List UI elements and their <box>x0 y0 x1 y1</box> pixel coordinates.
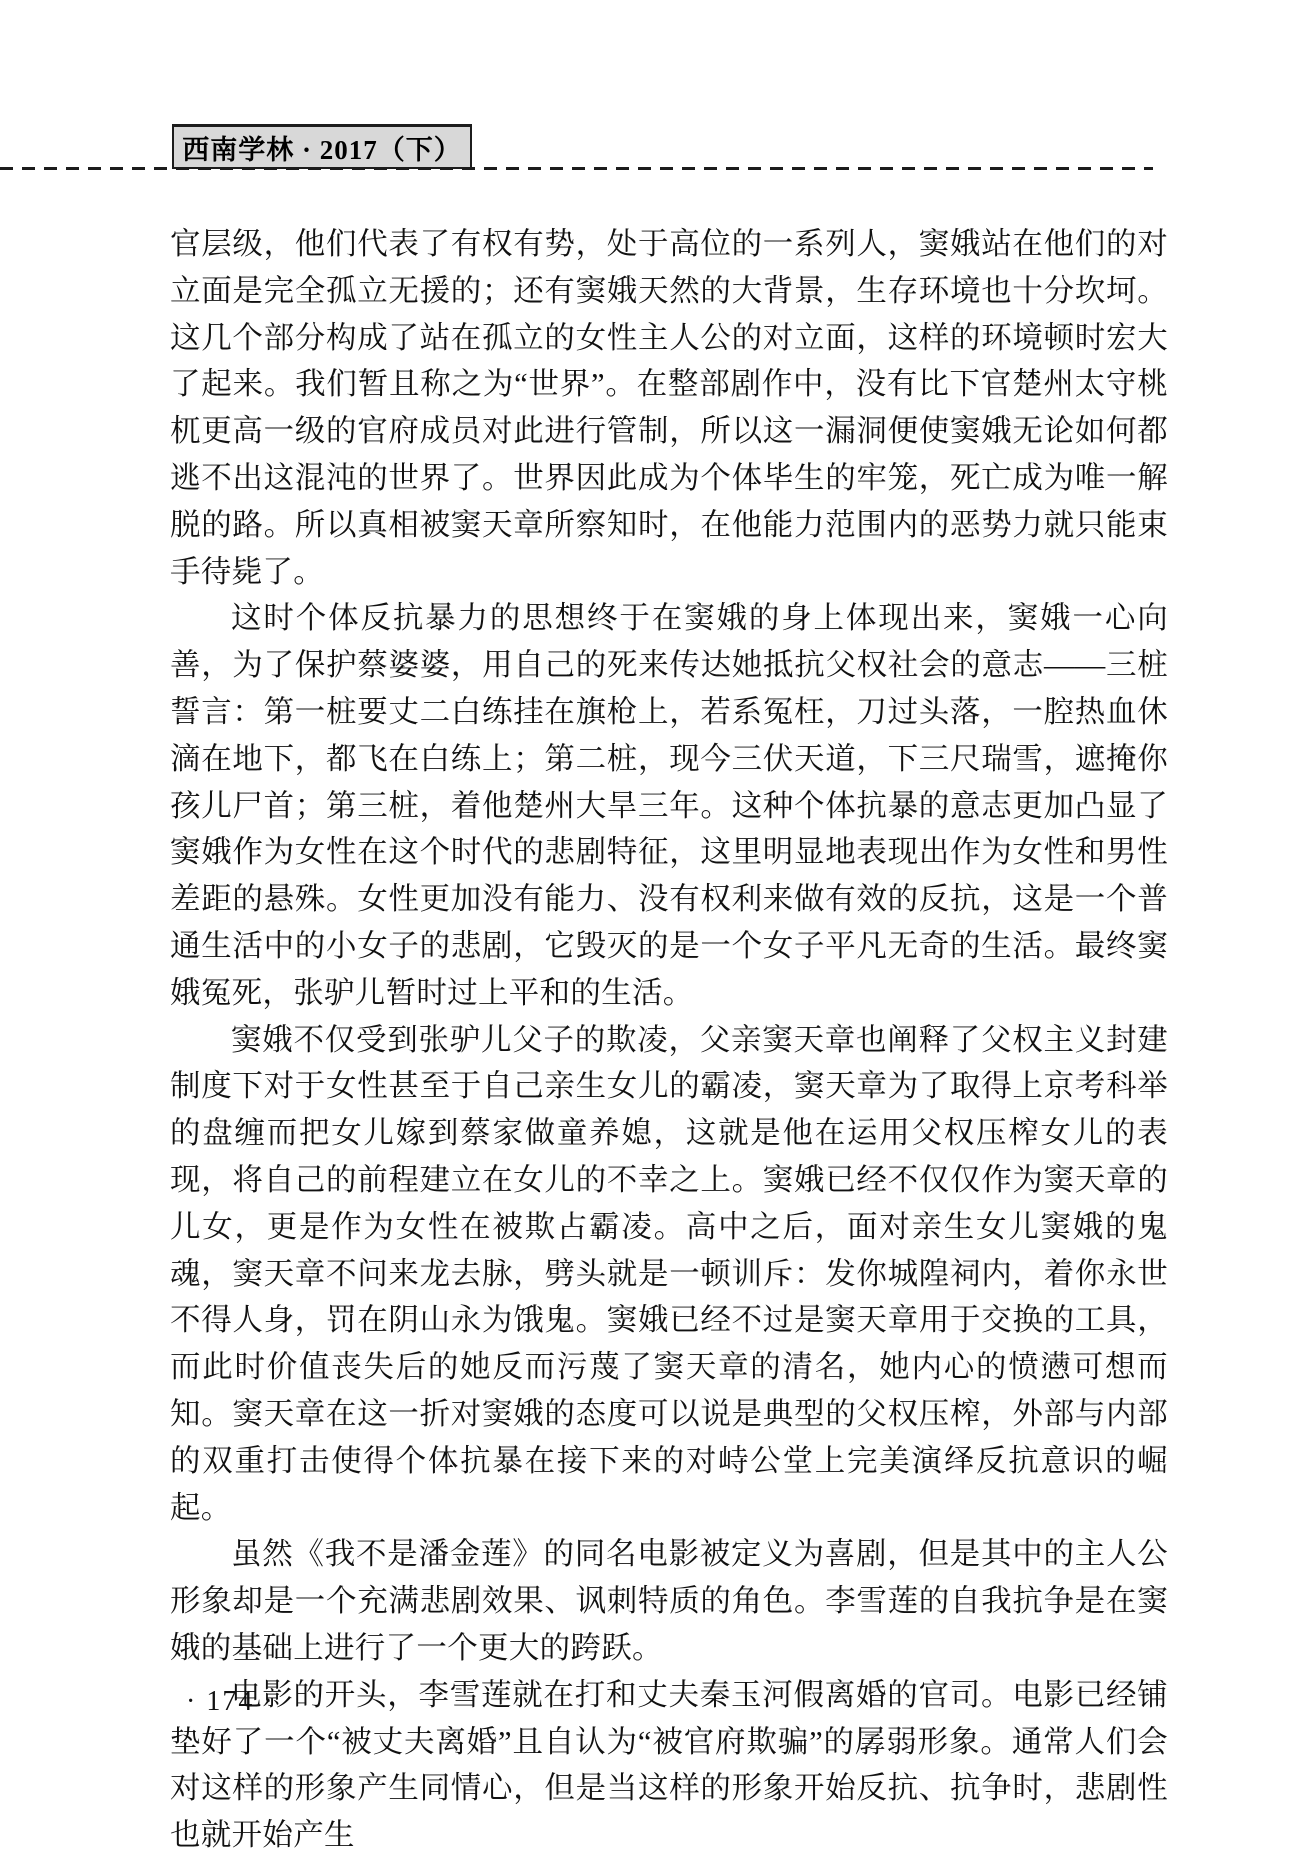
journal-title: 西南学林 · 2017（下） <box>182 128 462 167</box>
article-body: 官层级，他们代表了有权有势，处于高位的一系列人，窦娥站在他们的对立面是完全孤立无… <box>170 221 1168 1859</box>
paragraph: 虽然《我不是潘金莲》的同名电影被定义为喜剧，但是其中的主人公形象却是一个充满悲剧… <box>170 1531 1168 1671</box>
paragraph: 电影的开头，李雪莲就在打和丈夫秦玉河假离婚的官司。电影已经铺垫好了一个“被丈夫离… <box>170 1672 1168 1859</box>
document-page: 西南学林 · 2017（下） 官层级，他们代表了有权有势，处于高位的一系列人，窦… <box>0 0 1307 1859</box>
paragraph: 这时个体反抗暴力的思想终于在窦娥的身上体现出来，窦娥一心向善，为了保护蔡婆婆，用… <box>170 595 1168 1016</box>
paragraph: 窦娥不仅受到张驴儿父子的欺凌，父亲窦天章也阐释了父权主义封建制度下对于女性甚至于… <box>170 1017 1168 1532</box>
journal-header-badge: 西南学林 · 2017（下） <box>172 124 472 169</box>
page-number: · 174 · <box>186 1686 275 1718</box>
paragraph: 官层级，他们代表了有权有势，处于高位的一系列人，窦娥站在他们的对立面是完全孤立无… <box>170 221 1168 595</box>
